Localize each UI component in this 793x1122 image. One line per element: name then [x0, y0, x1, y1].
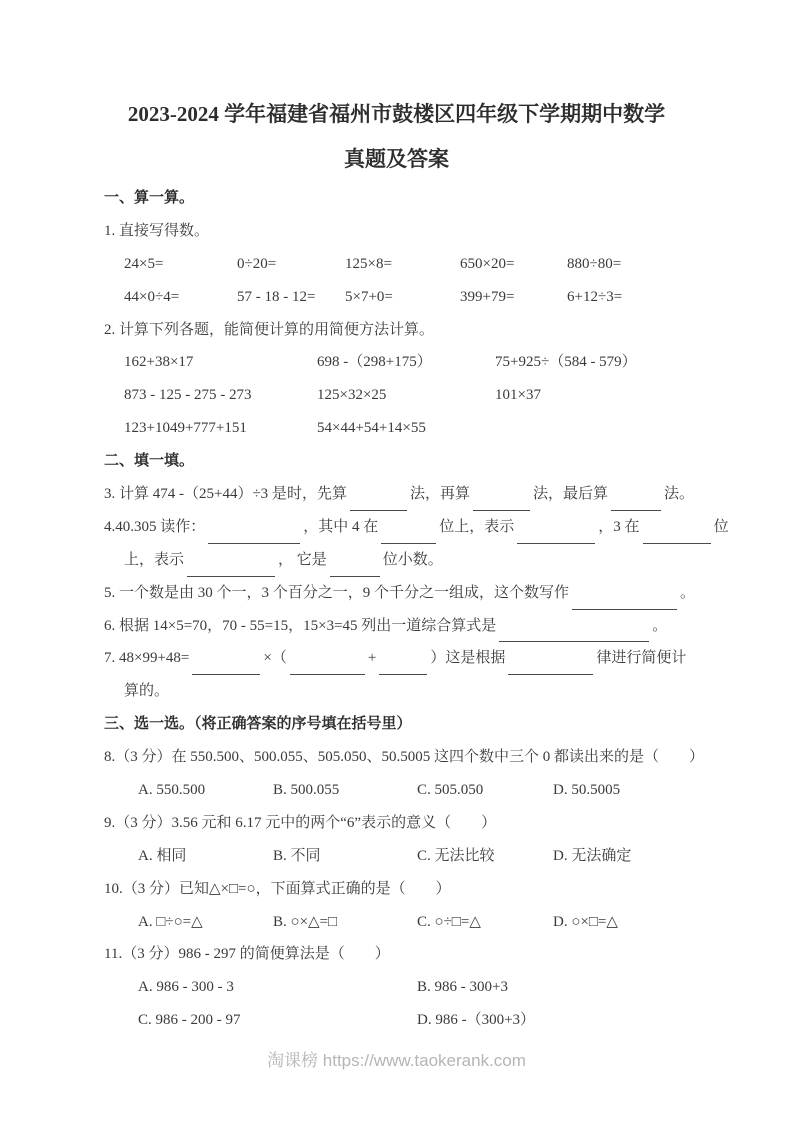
q10-options: A. □÷○=△ B. ○×△=□ C. ○÷□=△ D. ○×□=△ [138, 906, 706, 939]
math-expression: 6+12÷3= [567, 281, 706, 314]
q10-stem: 10.（3 分）已知△×□=○，下面算式正确的是（ ） [104, 873, 706, 906]
math-expression: 650×20= [460, 248, 567, 281]
question-text: 律进行简便计 [596, 650, 686, 666]
q1-row-2: 44×0÷4= 57 - 18 - 12= 5×7+0= 399+79= 6+1… [124, 281, 706, 314]
section-3-heading: 三、选一选。（将正确答案的序号填在括号里） [104, 708, 706, 741]
q4-stem-line-1: 4.40.305 读作：，其中 4 在位上，表示，3 在位 [104, 511, 706, 544]
question-text: 法，最后算 [533, 486, 608, 502]
fill-in-blank [350, 494, 407, 511]
section-2-heading: 二、填一填。 [104, 445, 706, 478]
question-text: ）这是根据 [430, 650, 505, 666]
question-text: 5. 一个数是由 30 个一，3 个百分之一，9 个千分之一组成，这个数写作 [104, 585, 569, 601]
math-expression: 125×8= [345, 248, 460, 281]
q1-row-1: 24×5= 0÷20= 125×8= 650×20= 880÷80= [124, 248, 706, 281]
math-expression [495, 412, 706, 445]
option-b: B. 不同 [273, 840, 417, 873]
option-c: C. 505.050 [417, 774, 553, 807]
option-c: C. 无法比较 [417, 840, 553, 873]
question-text: 法，再算 [410, 486, 470, 502]
option-d: D. ○×□=△ [553, 906, 706, 939]
fill-in-blank [208, 527, 300, 544]
math-expression: 0÷20= [237, 248, 345, 281]
option-a: A. 550.500 [138, 774, 273, 807]
math-expression: 75+925÷（584 - 579） [495, 346, 706, 379]
math-expression: 57 - 18 - 12= [237, 281, 345, 314]
math-expression: 123+1049+777+151 [124, 412, 317, 445]
page-title: 2023-2024 学年福建省福州市鼓楼区四年级下学期期中数学 真题及答案 [0, 0, 793, 182]
q8-stem: 8.（3 分）在 550.500、500.055、505.050、50.5005… [104, 741, 706, 774]
fill-in-blank [187, 560, 275, 577]
math-expression: 880÷80= [567, 248, 706, 281]
question-text: ，其中 4 在 [303, 519, 378, 535]
q4-stem-line-2: 上，表示， 它是位小数。 [124, 544, 706, 577]
fill-in-blank [643, 527, 711, 544]
exam-document-page: 2023-2024 学年福建省福州市鼓楼区四年级下学期期中数学 真题及答案 一、… [0, 0, 793, 1122]
question-text: 上，表示 [124, 552, 184, 568]
option-c: C. ○÷□=△ [417, 906, 553, 939]
question-text: 3. 计算 474 -（25+44）÷3 是时，先算 [104, 486, 347, 502]
math-expression: 162+38×17 [124, 346, 317, 379]
option-d: D. 无法确定 [553, 840, 706, 873]
q7-stem-line-2: 算的。 [124, 675, 706, 708]
q8-options: A. 550.500 B. 500.055 C. 505.050 D. 50.5… [138, 774, 706, 807]
fill-in-blank [192, 659, 260, 676]
math-expression: 125×32×25 [317, 379, 495, 412]
question-text: + [368, 650, 376, 666]
option-b: B. 986 - 300+3 [417, 971, 706, 1004]
math-expression: 873 - 125 - 275 - 273 [124, 379, 317, 412]
option-b: B. 500.055 [273, 774, 417, 807]
math-expression: 698 -（298+175） [317, 346, 495, 379]
math-expression: 101×37 [495, 379, 706, 412]
fill-in-blank [611, 494, 661, 511]
option-b: B. ○×△=□ [273, 906, 417, 939]
q2-row-1: 162+38×17 698 -（298+175） 75+925÷（584 - 5… [124, 346, 706, 379]
question-text: ×（ [263, 650, 286, 666]
question-text: 。 [680, 585, 695, 601]
math-expression: 54×44+54+14×55 [317, 412, 495, 445]
option-c: C. 986 - 200 - 97 [138, 1004, 417, 1037]
math-expression: 44×0÷4= [124, 281, 237, 314]
fill-in-blank [572, 593, 677, 610]
option-a: A. 相同 [138, 840, 273, 873]
question-text: 4.40.305 读作： [104, 519, 205, 535]
q2-row-2: 873 - 125 - 275 - 273 125×32×25 101×37 [124, 379, 706, 412]
fill-in-blank [290, 659, 365, 676]
section-1-heading: 一、算一算。 [104, 182, 706, 215]
title-line-2: 真题及答案 [0, 137, 793, 182]
fill-in-blank [473, 494, 530, 511]
watermark-text: 淘课榜 https://www.taokerank.com [267, 1051, 526, 1070]
option-d: D. 986 -（300+3） [417, 1004, 706, 1037]
q6-stem: 6. 根据 14×5=70，70 - 55=15，15×3=45 列出一道综合算… [104, 610, 706, 643]
fill-in-blank [381, 527, 436, 544]
q3-stem: 3. 计算 474 -（25+44）÷3 是时，先算法，再算法，最后算法。 [104, 478, 706, 511]
fill-in-blank [508, 659, 593, 676]
fill-in-blank [379, 659, 427, 676]
q11-stem: 11.（3 分）986 - 297 的简便算法是（ ） [104, 938, 706, 971]
option-a: A. 986 - 300 - 3 [138, 971, 417, 1004]
q7-stem-line-1: 7. 48×99+48=×（+）这是根据律进行简便计 [104, 642, 706, 675]
question-text: 位上，表示 [439, 519, 514, 535]
question-text: 法。 [664, 486, 694, 502]
question-text: 。 [652, 618, 667, 634]
question-text: 7. 48×99+48= [104, 650, 189, 666]
question-text: ，3 在 [598, 519, 639, 535]
q5-stem: 5. 一个数是由 30 个一，3 个百分之一，9 个千分之一组成，这个数写作。 [104, 577, 706, 610]
q9-options: A. 相同 B. 不同 C. 无法比较 D. 无法确定 [138, 840, 706, 873]
exam-body: 一、算一算。 1. 直接写得数。 24×5= 0÷20= 125×8= 650×… [104, 182, 706, 1037]
q11-options-row-1: A. 986 - 300 - 3 B. 986 - 300+3 [138, 971, 706, 1004]
fill-in-blank [330, 560, 380, 577]
option-d: D. 50.5005 [553, 774, 706, 807]
q1-label: 1. 直接写得数。 [104, 215, 706, 248]
footer-watermark: 淘课榜 https://www.taokerank.com [0, 1046, 793, 1071]
question-text: 6. 根据 14×5=70，70 - 55=15，15×3=45 列出一道综合算… [104, 618, 496, 634]
question-text: 位 [714, 519, 729, 535]
fill-in-blank [517, 527, 595, 544]
q9-stem: 9.（3 分）3.56 元和 6.17 元中的两个“6”表示的意义（ ） [104, 807, 706, 840]
question-text: ， 它是 [278, 552, 327, 568]
math-expression: 399+79= [460, 281, 567, 314]
q11-options-row-2: C. 986 - 200 - 97 D. 986 -（300+3） [138, 1004, 706, 1037]
option-a: A. □÷○=△ [138, 906, 273, 939]
math-expression: 5×7+0= [345, 281, 460, 314]
math-expression: 24×5= [124, 248, 237, 281]
q2-label: 2. 计算下列各题，能简便计算的用简便方法计算。 [104, 314, 706, 347]
q2-row-3: 123+1049+777+151 54×44+54+14×55 [124, 412, 706, 445]
question-text: 位小数。 [383, 552, 443, 568]
title-line-1: 2023-2024 学年福建省福州市鼓楼区四年级下学期期中数学 [0, 92, 793, 137]
fill-in-blank [499, 626, 649, 643]
